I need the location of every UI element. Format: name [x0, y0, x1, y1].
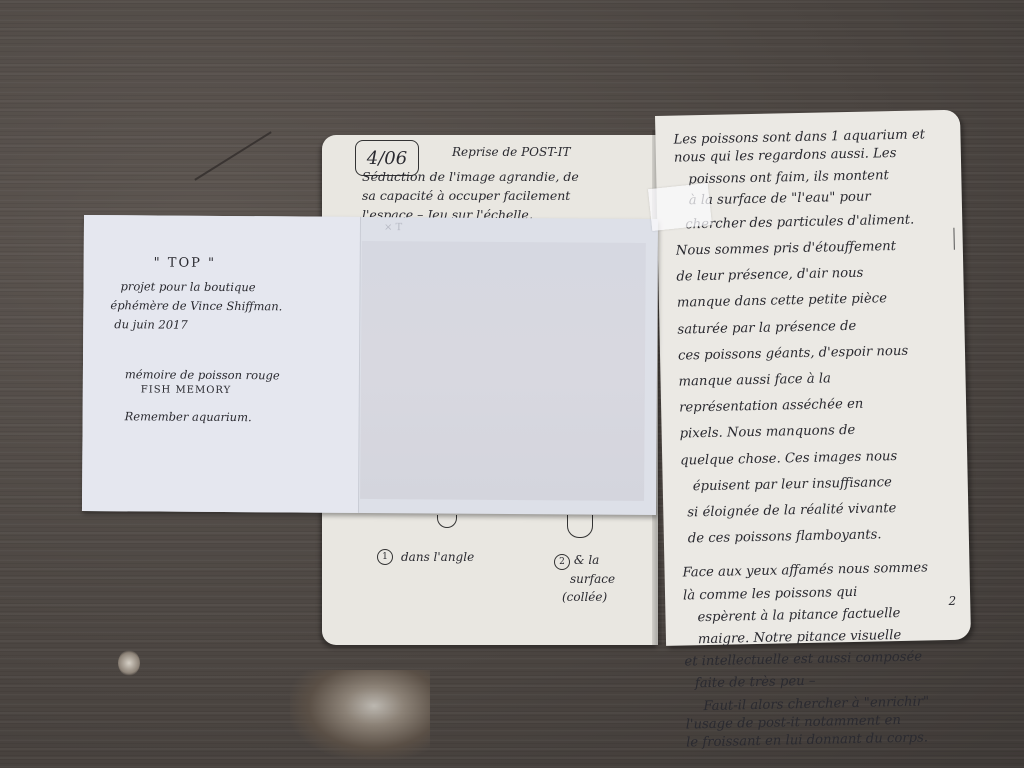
circled-number: 2	[554, 554, 570, 570]
page-number: 2	[948, 594, 956, 608]
sheet-note-line: éphémère de Vince Shiffman.	[110, 296, 282, 316]
right-line: le froissant en lui donnant du corps.	[686, 725, 961, 757]
sheet-note-line: Remember aquarium.	[125, 405, 280, 428]
caption-1: 1 dans l'angle	[377, 549, 474, 565]
caption-2-line: (collée)	[554, 588, 615, 606]
circled-number: 1	[377, 549, 393, 565]
sheet-note-title: " TOP "	[154, 255, 216, 270]
caption-2-line: surface	[554, 570, 615, 588]
sheet-note-lines: projet pour la boutique éphémère de Vinc…	[118, 277, 282, 335]
sheet-image-panel	[360, 241, 646, 501]
printed-sheet-overlay: " TOP " projet pour la boutique éphémère…	[82, 215, 658, 515]
wood-knot	[118, 650, 140, 676]
left-line: sa capacité à occuper facilement	[362, 186, 652, 205]
right-line: de ces poissons flamboyants.	[682, 521, 957, 553]
left-page-text: Séduction de l'image agrandie, de sa cap…	[362, 167, 652, 224]
sheet-ghost-text: × T	[384, 222, 402, 233]
doodle-sketch-1	[437, 515, 457, 528]
wood-damage-patch	[290, 670, 430, 760]
doodle-sketch-2	[567, 515, 593, 538]
caption-2: 2 & la surface (collée)	[554, 551, 615, 606]
margin-mark	[953, 228, 954, 250]
right-page-text: Les poissons sont dans 1 aquarium et nou…	[673, 122, 961, 757]
sheet-note-line: du juin 2017	[114, 315, 282, 335]
left-page-title: Reprise de POST-IT	[452, 145, 570, 159]
sheet-note-lines-2: mémoire de poisson rouge FISH MEMORY Rem…	[125, 363, 280, 428]
sheet-note-panel: " TOP " projet pour la boutique éphémère…	[82, 215, 361, 513]
caption-1-text: dans l'angle	[401, 550, 474, 564]
left-line: Séduction de l'image agrandie, de	[362, 167, 652, 186]
sheet-note-line: projet pour la boutique	[118, 277, 282, 297]
wood-scratch	[194, 131, 271, 180]
adhesive-tape	[648, 183, 712, 231]
caption-2-line: & la	[574, 553, 600, 567]
